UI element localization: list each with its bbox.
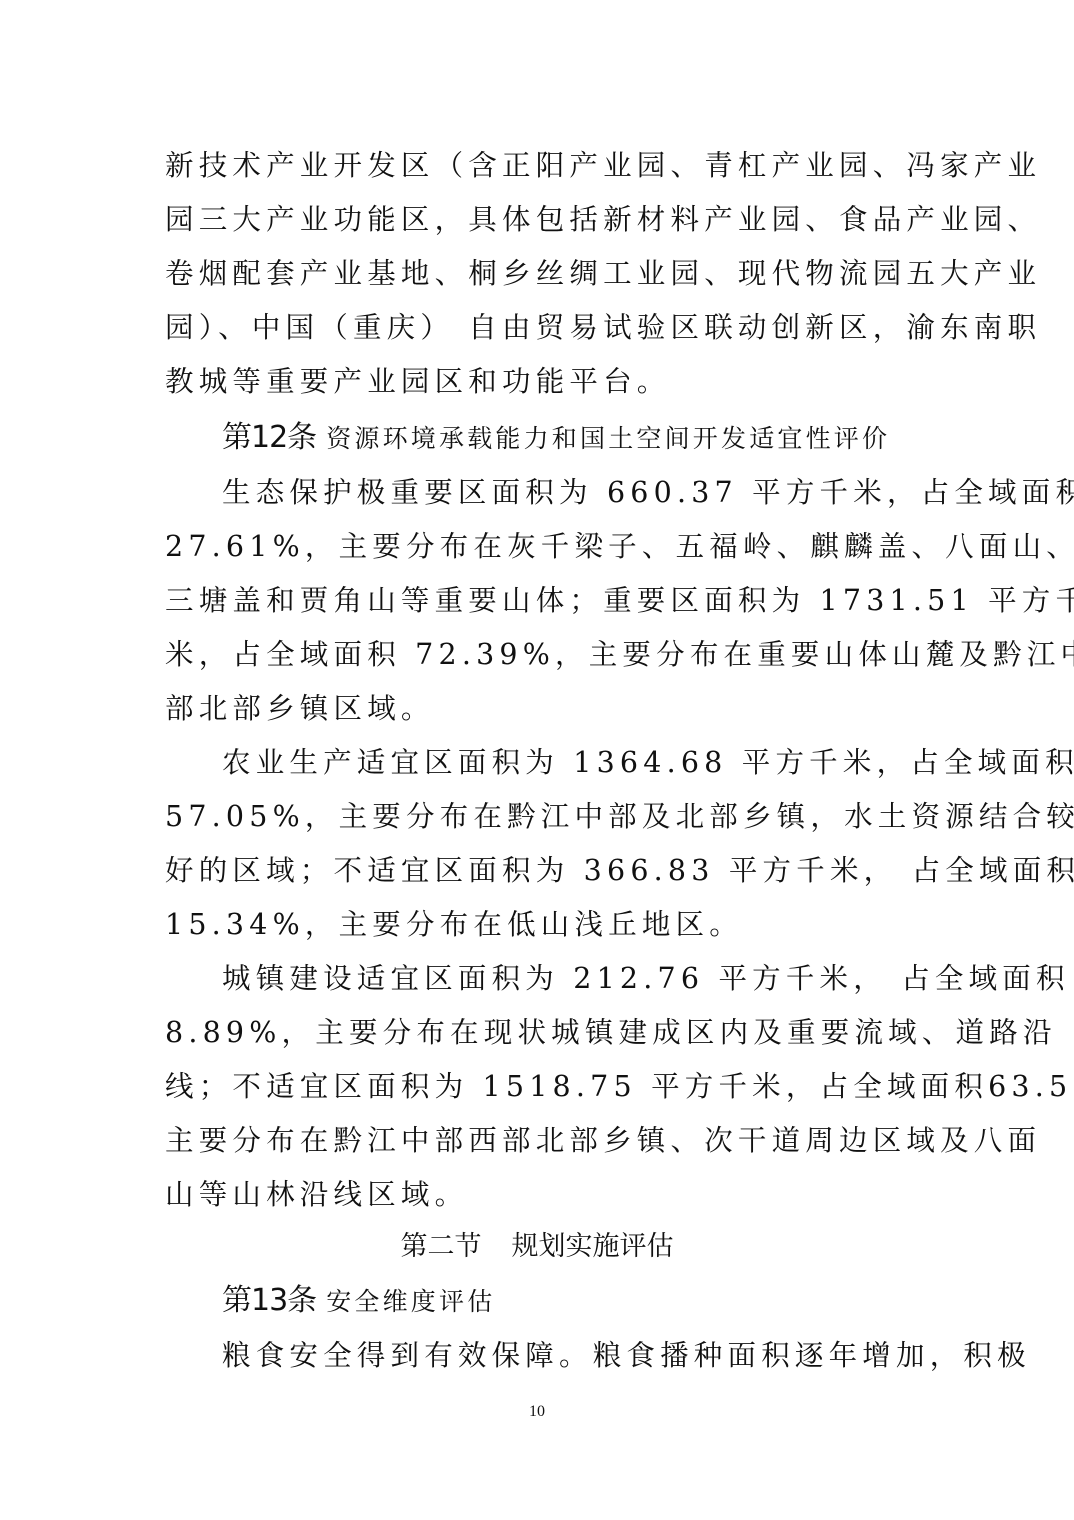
text-line: 教城等重要产业园区和功能平台。 [165,362,915,402]
text-line: 27.61%，主要分布在灰千梁子、五福岭、麒麟盖、八面山、 [165,527,915,567]
section-title: 规划实施评估 [512,1231,674,1262]
article-number: 第13条 [222,1283,316,1318]
text-line: 线；不适宜区面积为 1518.75 平方千米，占全域面积63.50%， [165,1067,915,1107]
article-number: 第12条 [222,420,316,455]
text-line: 8.89%，主要分布在现状城镇建成区内及重要流域、道路沿 [165,1013,915,1053]
text-line: 园）、中国（重庆） 自由贸易试验区联动创新区，渝东南职 [165,308,915,348]
section-number: 第二节 [401,1231,482,1262]
text-line: 部北部乡镇区域。 [165,689,915,729]
text-line: 生态保护极重要区面积为 660.37 平方千米，占全域面积 [222,473,915,513]
text-line: 主要分布在黔江中部西部北部乡镇、次干道周边区域及八面 [165,1121,915,1161]
text-line: 园三大产业功能区，具体包括新材料产业园、食品产业园、 [165,200,915,240]
text-line: 农业生产适宜区面积为 1364.68 平方千米，占全域面积 [222,743,915,783]
section-heading: 第二节规划实施评估 [0,1227,1074,1267]
text-line: 卷烟配套产业基地、桐乡丝绸工业园、现代物流园五大产业 [165,254,915,294]
text-line: 粮食安全得到有效保障。粮食播种面积逐年增加，积极 [222,1336,915,1376]
article-title: 资源环境承载能力和国土空间开发适宜性评价 [326,424,890,453]
text-line: 新技术产业开发区（含正阳产业园、青杠产业园、冯家产业 [165,146,915,186]
text-line: 57.05%，主要分布在黔江中部及北部乡镇，水土资源结合较 [165,797,915,837]
text-line: 15.34%，主要分布在低山浅丘地区。 [165,905,915,945]
article-13-heading: 第13条安全维度评估 [222,1281,495,1325]
text-line: 好的区域；不适宜区面积为 366.83 平方千米， 占全域面积 [165,851,915,891]
document-page: 新技术产业开发区（含正阳产业园、青杠产业园、冯家产业 园三大产业功能区，具体包括… [0,0,1074,1520]
text-line: 米，占全域面积 72.39%，主要分布在重要山体山麓及黔江中 [165,635,915,675]
page-number: 10 [0,1402,1074,1422]
text-line: 城镇建设适宜区面积为 212.76 平方千米， 占全域面积 [222,959,915,999]
article-title: 安全维度评估 [326,1287,495,1316]
text-line: 三塘盖和贾角山等重要山体；重要区面积为 1731.51 平方千 [165,581,915,621]
text-line: 山等山林沿线区域。 [165,1175,915,1215]
article-12-heading: 第12条资源环境承载能力和国土空间开发适宜性评价 [222,418,890,462]
